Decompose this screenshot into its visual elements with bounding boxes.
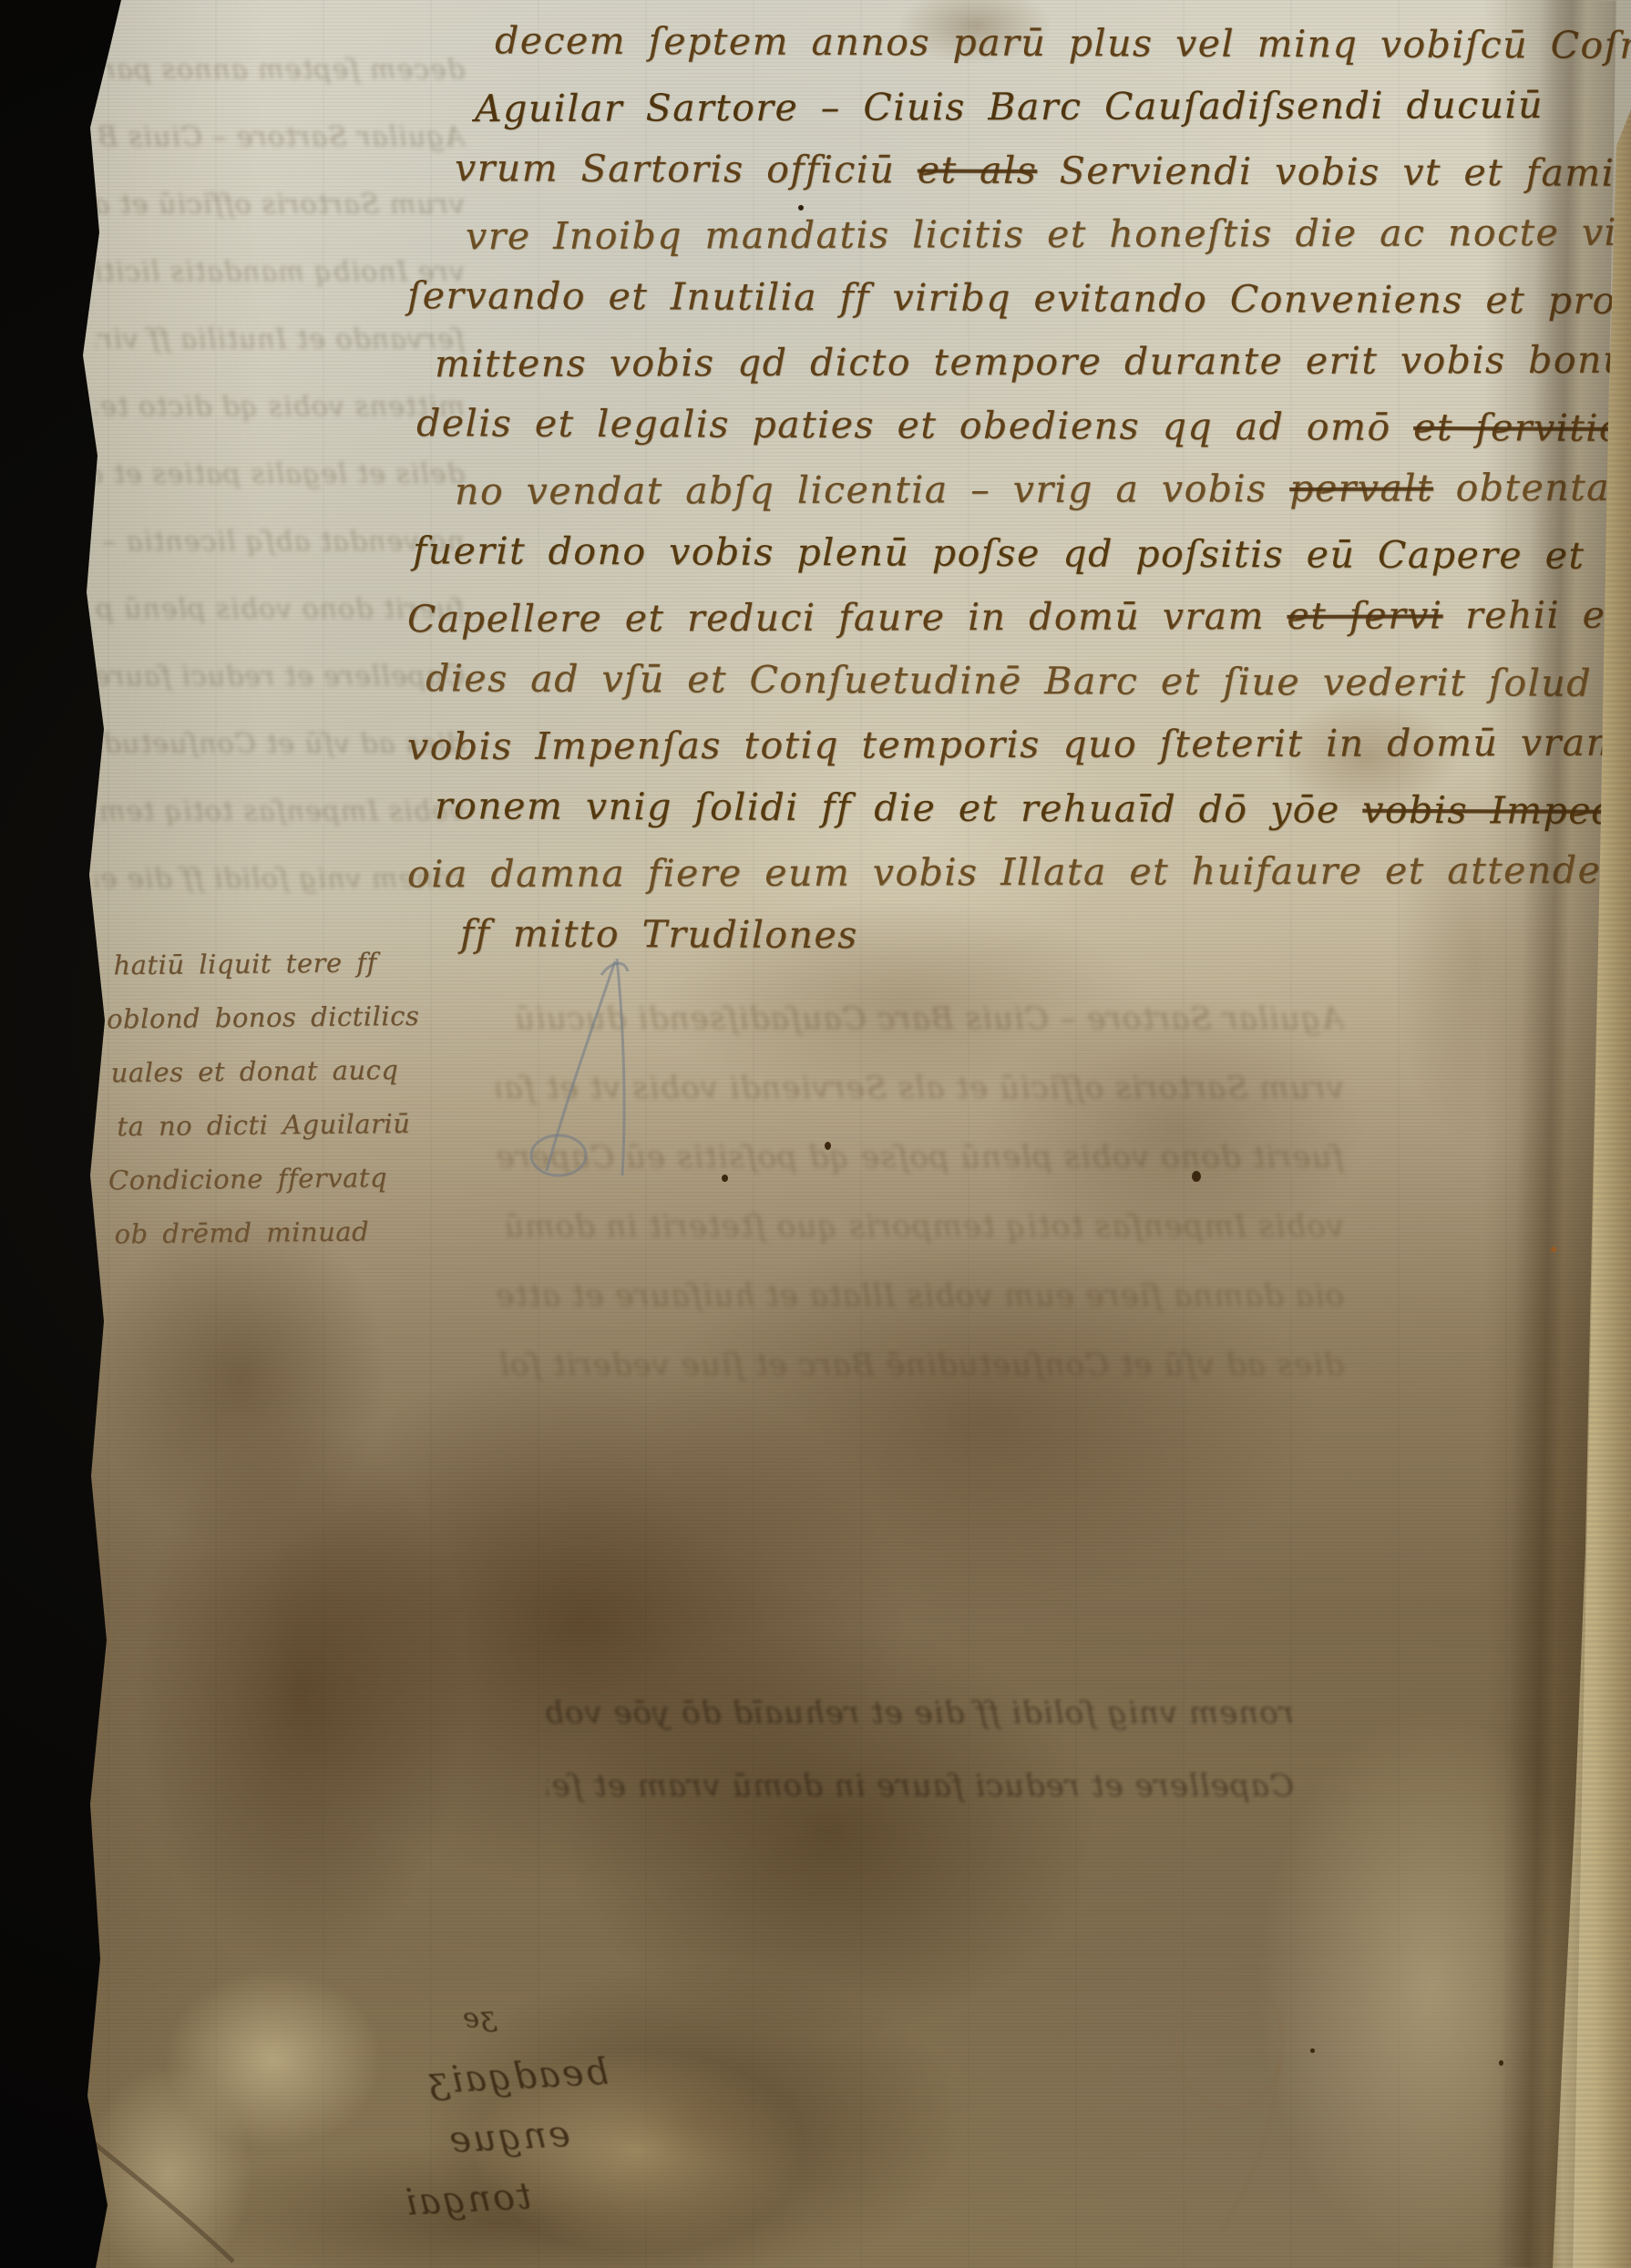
ink-speck — [1310, 2048, 1315, 2053]
bleedthrough-line: oia damna fiere eum vobis Illata et huif… — [497, 1261, 1344, 1330]
bleedthrough-line: Aguilar Sartore – Ciuis Barc Cauſadiſsen… — [96, 104, 465, 171]
handwritten-line: dies ad vſū et Conſuetudinē Barc et ſiue… — [426, 646, 1610, 715]
ink-speck — [1192, 1171, 1201, 1182]
handwritten-line: mittens vobis qd dicto tempore durante e… — [435, 328, 1610, 396]
margin-note-line: ob drēmd minuad — [114, 1204, 528, 1262]
ink-speck — [825, 1142, 831, 1150]
ink-speck — [1499, 2060, 1503, 2066]
margin-note-line: oblond bonos dictilics — [107, 989, 527, 1047]
handwritten-line: vobis Impenſas totiq temporis quo ſteter… — [407, 711, 1610, 779]
handwritten-line: no vendat abſq licentia – vrig a vobis p… — [455, 456, 1610, 523]
handwritten-line: delis et legalis paties et obediens qq a… — [416, 391, 1610, 460]
bleedthrough-line: vobis Impenſas totiq temporis quo ſteter… — [96, 778, 465, 846]
bottom-left-swash — [80, 2123, 244, 2268]
rust-speck — [1551, 1247, 1556, 1252]
bleedthrough-line: Capellere et reduci faure in domū vram e… — [547, 1750, 1294, 1822]
verso-mirrored-line: tongai — [259, 2167, 533, 2242]
bleedthrough-line: ronem vnig ſolidi ff die et rehuaīd dō y… — [547, 1677, 1294, 1750]
handwritten-line: Aguilar Sartore – Ciuis Barc Cauſadiſsen… — [475, 73, 1610, 140]
handwritten-line: vre Inoibq mandatis licitis et honeſtis … — [466, 200, 1610, 268]
handwritten-line: vrum Sartoris officiū et als Serviendi v… — [455, 136, 1610, 205]
ink-speck — [798, 205, 804, 210]
bleedthrough-line: dies ad vſū et Conſuetudinē Barc et ſiue… — [497, 1330, 1344, 1400]
margin-note-line: hatiū liquit tere ff — [113, 935, 526, 993]
handwritten-line: Capellere et reduci faure in domū vram e… — [407, 583, 1610, 652]
bleedthrough-line: no vendat abſq licentia – vrig a vobis p… — [96, 508, 465, 576]
handwritten-line: oia damna fiere eum vobis Illata et huif… — [407, 838, 1610, 907]
bleedthrough-line: vrum Sartoris officiū et als Serviendi v… — [96, 171, 465, 239]
pen-doodle-flourish — [515, 948, 670, 1203]
verso-mirrored-text: ʒebeadgaiʒenguetongai — [249, 1982, 616, 2241]
bleedthrough-line: mittens vobis qd dicto tempore durante e… — [96, 374, 465, 441]
ink-speck — [722, 1175, 728, 1182]
handwritten-line: fuerit dono vobis plenū poſse qd poſsiti… — [413, 518, 1610, 588]
bleedthrough-line: Capellere et reduci faure in domū vram e… — [96, 643, 465, 711]
margin-note-line: uales et donat aucq — [110, 1042, 527, 1101]
faint-flourish-nine — [1112, 1941, 1321, 2242]
main-text-block: decem ſeptem annos parū plus vel minq vo… — [460, 11, 1610, 968]
bleedthrough-line: decem ſeptem annos parū plus vel minq vo… — [96, 36, 465, 104]
margin-note: hatiū liquit tere ffoblond bonos dictili… — [106, 935, 528, 1262]
bleedthrough-text-left-column: decem ſeptem annos parū plus vel minq vo… — [96, 36, 465, 957]
handwritten-line: ronem vnig ſolidi ff die et rehuaīd dō y… — [435, 774, 1610, 843]
handwritten-line: ſervando et Inutilia ff viribq evitando … — [407, 263, 1610, 333]
handwritten-line: decem ſeptem annos parū plus vel minq vo… — [495, 8, 1610, 77]
bleedthrough-line: delis et legalis paties et obediens qq a… — [96, 441, 465, 508]
photo-backdrop: decem ſeptem annos parū plus vel minq vo… — [0, 0, 1631, 2268]
margin-note-line: ta no dicti Aguilariū — [117, 1096, 528, 1155]
bleedthrough-text-lower: ronem vnig ſolidi ff die et rehuaīd dō y… — [547, 1677, 1294, 1832]
manuscript-page: decem ſeptem annos parū plus vel minq vo… — [0, 0, 1631, 2268]
margin-note-line: Condicione ffervatq — [108, 1150, 528, 1208]
